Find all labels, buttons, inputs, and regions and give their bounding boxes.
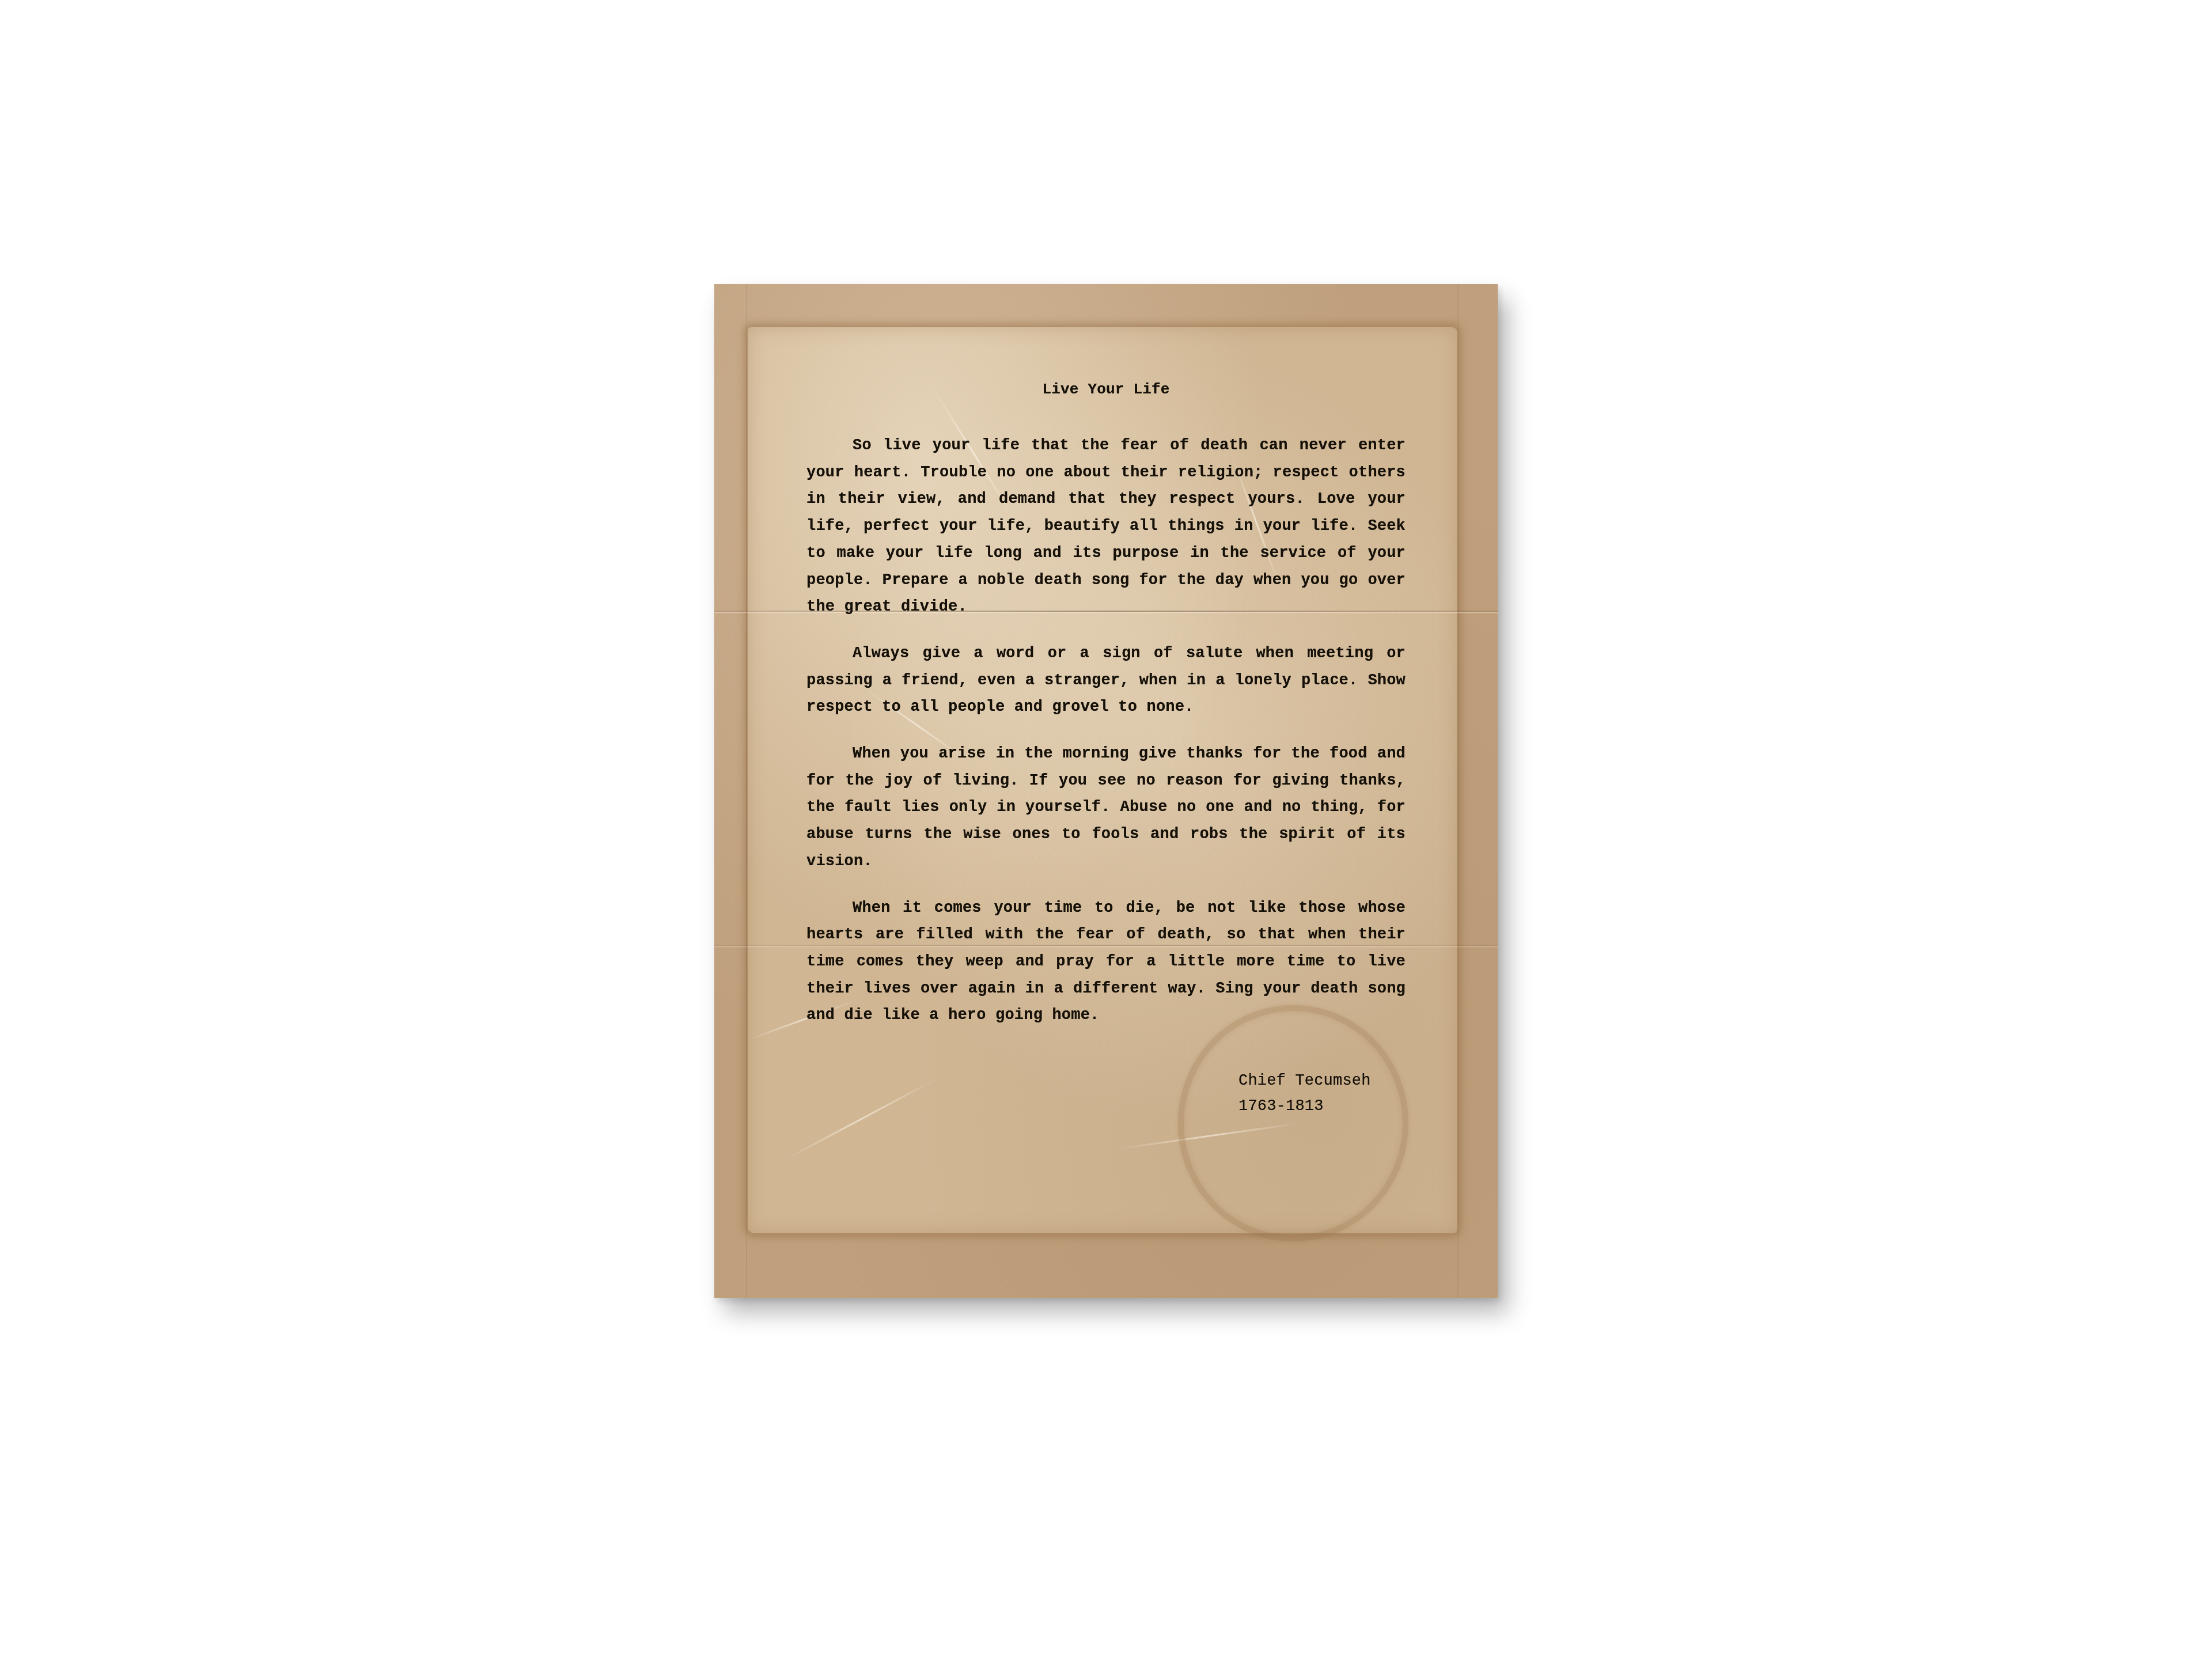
vertical-fold-line — [746, 284, 747, 1298]
paragraph: Always give a word or a sign of salute w… — [806, 641, 1406, 721]
document-title: Live Your Life — [714, 381, 1498, 398]
signature-block: Chief Tecumseh 1763-1813 — [1238, 1069, 1371, 1119]
paragraph: When you arise in the morning give thank… — [806, 741, 1406, 876]
signature-name: Chief Tecumseh — [1238, 1069, 1371, 1094]
signature-dates: 1763-1813 — [1238, 1094, 1371, 1119]
paragraph: So live your life that the fear of death… — [806, 433, 1406, 621]
aged-paper-document: Live Your Life So live your life that th… — [714, 284, 1498, 1298]
document-body: So live your life that the fear of death… — [806, 433, 1406, 1049]
vertical-fold-line — [1457, 284, 1459, 1298]
paragraph: When it comes your time to die, be not l… — [806, 895, 1406, 1030]
